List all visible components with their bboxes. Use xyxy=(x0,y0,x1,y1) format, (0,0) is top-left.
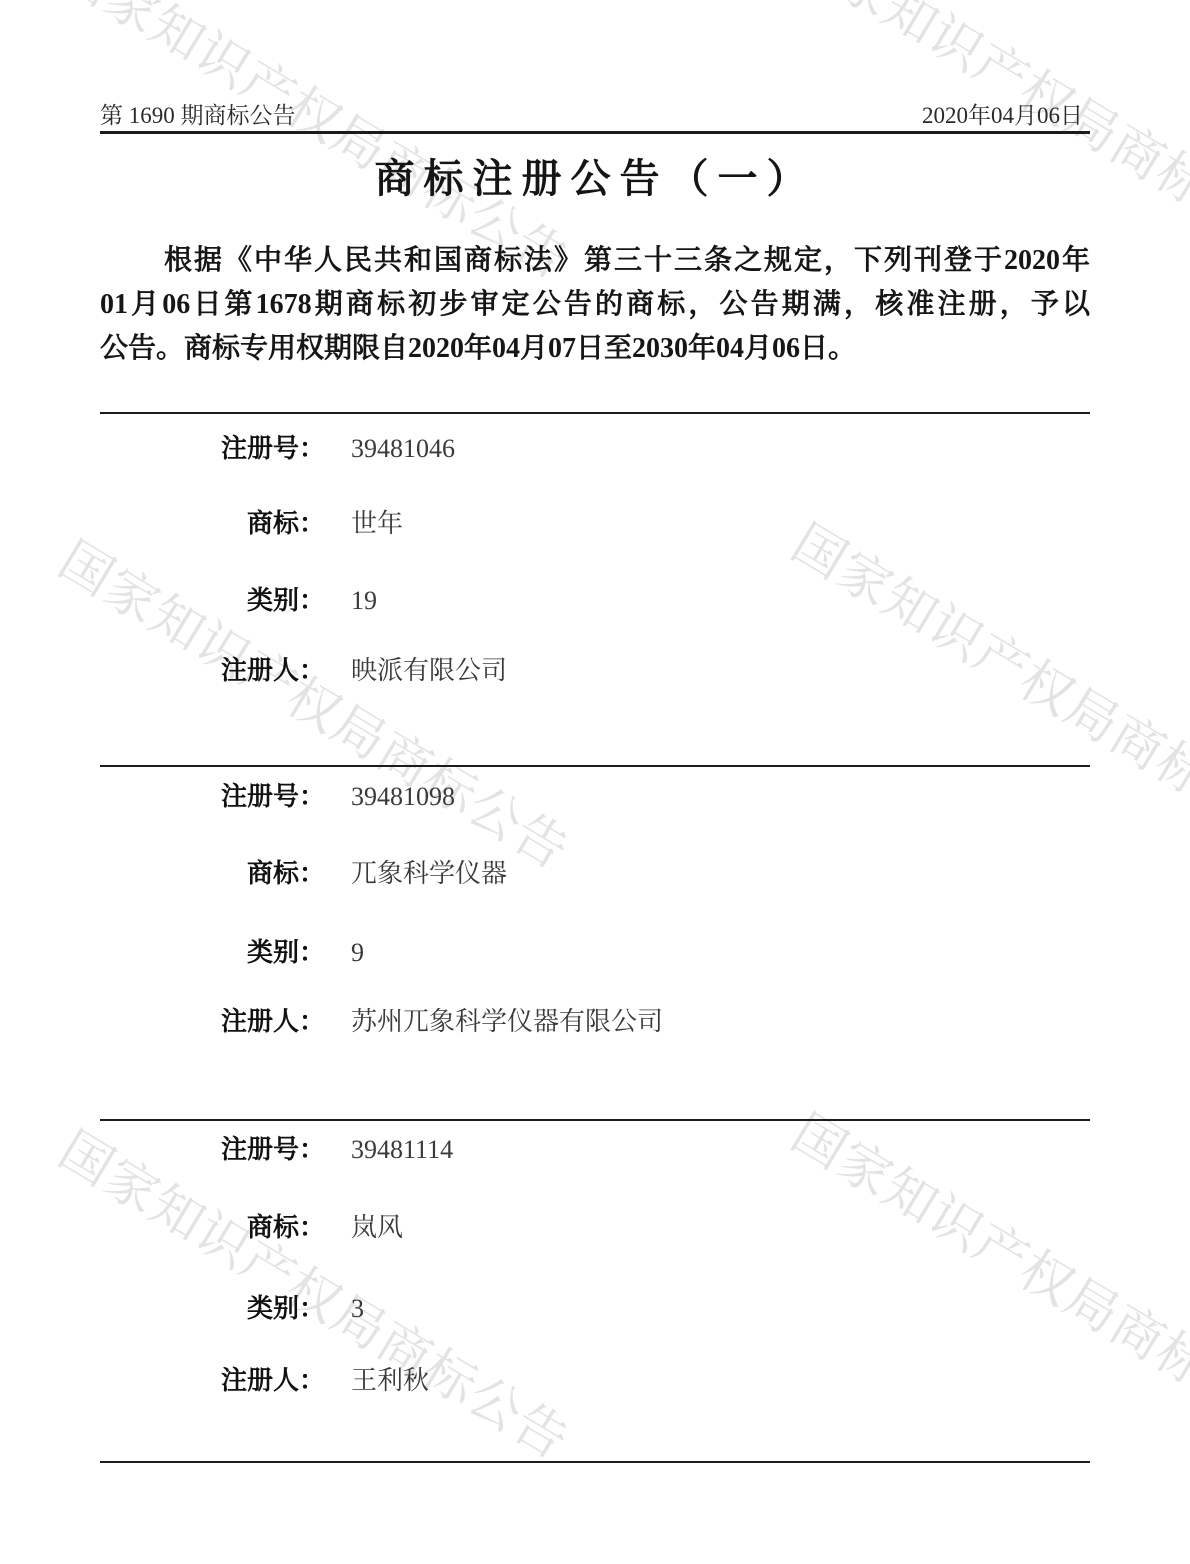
header-rule xyxy=(100,131,1090,134)
gazette-page: 国家知识产权局商标公告 国家知识产权局商标公告 国家知识产权局商标公告 国家知识… xyxy=(0,0,1190,1564)
intro-line-3: 公告。商标专用权期限自2020年04月07日至2030年04月06日。 xyxy=(100,327,1090,371)
record-row-category: 类别： 19 xyxy=(100,584,1090,618)
regno-value: 39481114 xyxy=(351,1133,453,1167)
record-row-trademark: 商标： 世年 xyxy=(100,507,1090,541)
category-label: 类别： xyxy=(100,936,325,970)
registrant-label: 注册人： xyxy=(100,1364,325,1398)
gazette-date: 2020年04月06日 xyxy=(922,97,1083,130)
record-row-registrant: 注册人： 映派有限公司 xyxy=(100,654,1090,688)
record-row-category: 类别： 3 xyxy=(100,1292,1090,1326)
category-label: 类别： xyxy=(100,584,325,618)
record-row-registrant: 注册人： 王利秋 xyxy=(100,1364,1090,1398)
intro-paragraph: 根据《中华人民共和国商标法》第三十三条之规定，下列刊登于2020年 01月06日… xyxy=(100,239,1090,371)
regno-label: 注册号： xyxy=(100,780,325,814)
trademark-value: 岚风 xyxy=(351,1211,403,1245)
record-divider xyxy=(100,1119,1090,1121)
page-title: 商标注册公告（一） xyxy=(0,147,1190,204)
trademark-label: 商标： xyxy=(100,507,325,541)
trademark-label: 商标： xyxy=(100,1211,325,1245)
category-value: 9 xyxy=(351,936,364,970)
gazette-issue-label: 第 1690 期商标公告 xyxy=(100,97,296,130)
category-value: 19 xyxy=(351,584,377,618)
record-row-trademark: 商标： 兀象科学仪器 xyxy=(100,857,1090,891)
regno-label: 注册号： xyxy=(100,1133,325,1167)
record-divider xyxy=(100,765,1090,767)
record-row-trademark: 商标： 岚风 xyxy=(100,1211,1090,1245)
page-content: 第 1690 期商标公告 2020年04月06日 商标注册公告（一） 根据《中华… xyxy=(0,0,1190,1564)
trademark-label: 商标： xyxy=(100,857,325,891)
intro-line-1: 根据《中华人民共和国商标法》第三十三条之规定，下列刊登于2020年 xyxy=(100,239,1090,283)
record-row-regno: 注册号： 39481098 xyxy=(100,780,1090,814)
record-divider xyxy=(100,412,1090,414)
category-value: 3 xyxy=(351,1292,364,1326)
registrant-value: 苏州兀象科学仪器有限公司 xyxy=(351,1005,663,1039)
regno-value: 39481098 xyxy=(351,780,455,814)
trademark-value: 世年 xyxy=(351,507,403,541)
registrant-label: 注册人： xyxy=(100,654,325,688)
regno-label: 注册号： xyxy=(100,432,325,466)
record-row-regno: 注册号： 39481114 xyxy=(100,1133,1090,1167)
category-label: 类别： xyxy=(100,1292,325,1326)
registrant-label: 注册人： xyxy=(100,1005,325,1039)
trademark-value: 兀象科学仪器 xyxy=(351,857,507,891)
registrant-value: 映派有限公司 xyxy=(351,654,507,688)
record-row-category: 类别： 9 xyxy=(100,936,1090,970)
record-divider xyxy=(100,1461,1090,1463)
record-row-regno: 注册号： 39481046 xyxy=(100,432,1090,466)
registrant-value: 王利秋 xyxy=(351,1364,429,1398)
regno-value: 39481046 xyxy=(351,432,455,466)
record-row-registrant: 注册人： 苏州兀象科学仪器有限公司 xyxy=(100,1005,1090,1039)
intro-line-2: 01月06日第1678期商标初步审定公告的商标，公告期满，核准注册，予以 xyxy=(100,283,1090,327)
